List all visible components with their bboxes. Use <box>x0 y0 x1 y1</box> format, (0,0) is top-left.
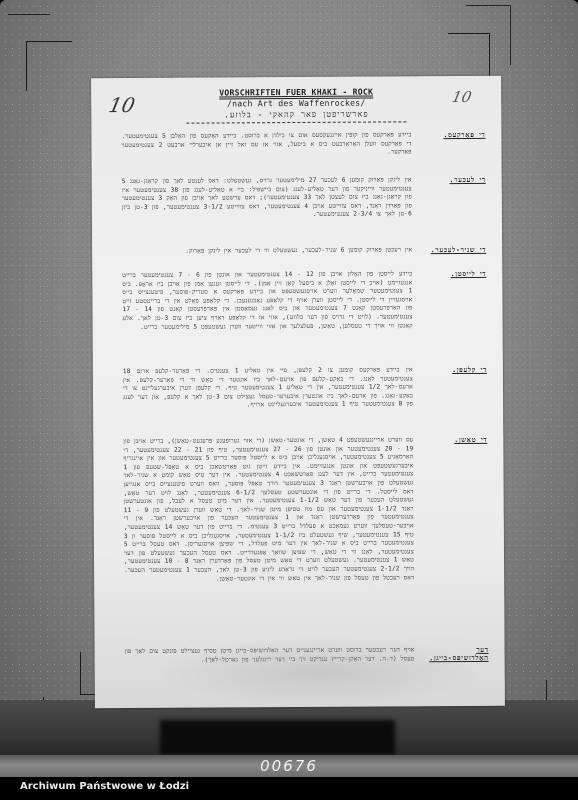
section-label: די טאַשן. <box>427 436 487 444</box>
scan-dark-block <box>160 720 395 755</box>
section-body: ביידע לייסטן פון האַלזן אויבן פון 12 - 1… <box>122 270 412 332</box>
archive-label: Archiwum Państwowe w Łodzi <box>20 781 189 792</box>
section-label: דער האַלדזשיפּס-בייגן. <box>429 646 489 662</box>
frame-line-outer-right <box>510 5 511 65</box>
document-title-yiddish: פארשריפטן פאר קהאקי - בלוזע. <box>91 108 501 122</box>
section-body: אין לינקן פּאַרוק קומען 6 לעכער 27 מילימ… <box>122 176 412 221</box>
frame-line-outer-right-top <box>466 5 511 6</box>
section-label: די שניר-לעכער. <box>426 246 486 254</box>
crop-mark-inner-bottom-left-v <box>80 652 81 694</box>
section-klepn: די קלעפּן. אין ביידע פּאַרקעס קומען צו 2… <box>113 366 495 433</box>
section-body: ביידע פּאַרקעס פון קופּין אייננעקסעס אום… <box>121 131 411 159</box>
section-body: אין רעכטן פּאַרוק קומען 6 שניר-לעכער, גע… <box>122 246 412 256</box>
section-body: עס ווערט אריינגעשטעפּט 4 טאַשן, די אונטע… <box>123 436 414 584</box>
crop-mark-top-right-h <box>448 33 490 34</box>
crop-mark-top-left-v <box>26 41 27 91</box>
section-tashn: די טאַשן. עס ווערט אריינגעשטעפּט 4 טאַשן… <box>113 436 496 643</box>
frame-number: 00676 <box>0 757 578 775</box>
section-lekher: די לעכער. אין לינקן פּאַרוק קומען 6 לעכע… <box>112 176 494 248</box>
frame-line-outer-top <box>8 14 50 15</box>
section-haldzhips-beygn: דער האַלדזשיפּס-בייגן. אויף דער רעכטער ב… <box>115 646 497 683</box>
section-parkes: די פּאַרקעס. ביידע פּאַרקעס פון קופּין א… <box>111 131 493 173</box>
title-divider <box>186 121 406 123</box>
document-title-block: VORSCHRIFTEN FUER KHAKI - ROCK /nach Art… <box>91 86 501 125</box>
section-label: די לעכער. <box>426 176 486 184</box>
section-shnir-lekher: די שניר-לעכער. אין רעכטן פּאַרוק קומען 6… <box>112 246 494 268</box>
section-body: אין ביידע פּאַרקעס קומען צו 2 קלעפּן, סי… <box>123 366 413 411</box>
section-label: די קלעפּן. <box>427 366 487 374</box>
section-label: די פּאַרקעס. <box>425 131 485 139</box>
section-body: אויף דער רעכטער ברוסט ווערט אריינגעניים … <box>125 646 415 665</box>
crop-mark-top-left-h <box>26 41 72 42</box>
section-label: די לייסטן. <box>426 270 486 278</box>
document-page: 10 10 VORSCHRIFTEN FUER KHAKI - ROCK /na… <box>91 76 505 708</box>
section-leystn: די לייסטן. ביידע לייסטן פון האַלזן אויבן… <box>112 270 495 362</box>
